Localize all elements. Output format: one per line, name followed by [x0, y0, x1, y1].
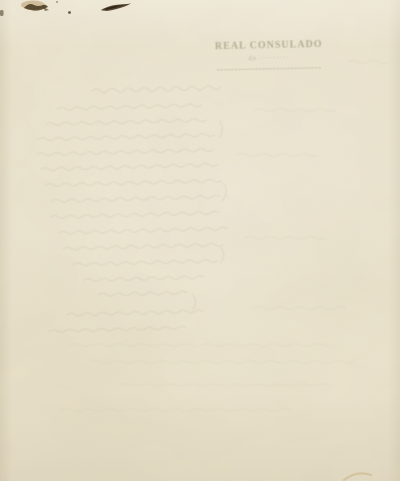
ink-dot-small	[68, 11, 71, 14]
manuscript-page: REAL CONSULADO de ········· ------------…	[0, 0, 400, 481]
ink-streak-top	[101, 4, 131, 11]
edge-sliver-left	[0, 10, 4, 16]
page-curl-mark	[344, 473, 371, 480]
stamp-line1: REAL CONSULADO	[208, 39, 330, 53]
ink-stains	[0, 0, 400, 481]
consulado-stamp: REAL CONSULADO de ········· ------------…	[208, 39, 331, 75]
ink-stain-top-left	[21, 1, 49, 12]
ink-speck	[56, 1, 58, 3]
